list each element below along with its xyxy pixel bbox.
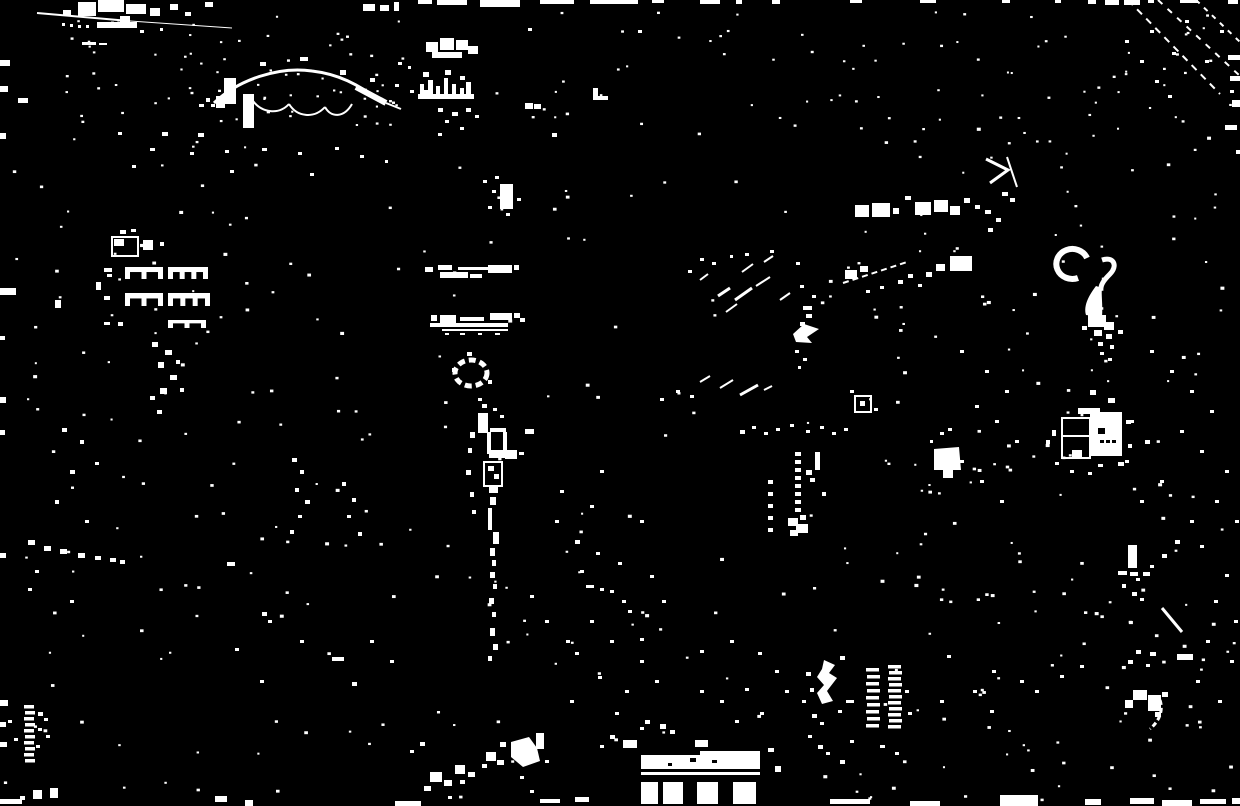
feature-mid-left-specks — [227, 458, 394, 686]
feature-topright-diagonal-tracks — [1125, 0, 1240, 154]
feature-left-edge-marks — [0, 60, 61, 747]
feature-waterslide-question-mark — [1056, 249, 1123, 361]
feature-ladder-columns — [8, 665, 912, 800]
feature-top-edge-dashes — [418, 0, 1238, 7]
feature-upper-mid-specks — [118, 62, 411, 176]
feature-roundabout-ring — [452, 352, 492, 386]
feature-chair-blob — [930, 428, 961, 478]
feature-jagged-blob — [802, 656, 854, 764]
feature-skyline-band — [418, 28, 642, 216]
feature-center-diagonal-streaks — [660, 250, 819, 401]
feature-speckle-noise — [2, 11, 1235, 801]
feature-stadium-building — [600, 724, 781, 804]
feature-overpass-arc — [199, 57, 414, 128]
feature-tilted-roof-blobs — [410, 733, 549, 799]
feature-floors-building — [425, 265, 525, 335]
feature-plaza-square — [112, 229, 164, 256]
feature-left-dot-column — [150, 342, 184, 414]
photo-canvas — [0, 0, 1240, 806]
feature-right-mid-sparse — [940, 350, 1239, 713]
feature-bottom-edge-dashes — [0, 795, 1240, 806]
feature-center-bottom-sparse — [570, 570, 789, 724]
feature-house-rows — [96, 267, 210, 328]
binarized-aerial-photo — [0, 0, 1240, 806]
feature-right-light-clusters — [843, 192, 1015, 293]
feature-right-building-complex — [1046, 390, 1132, 475]
feature-court-square — [850, 390, 878, 412]
feature-topleft-light-cluster — [0, 0, 399, 139]
feature-midright-dotted-columns — [740, 424, 848, 536]
feature-arrow-mark — [986, 157, 1017, 187]
feature-left-sparse-marks — [28, 428, 125, 603]
feature-bottomright-cluster — [1118, 520, 1238, 729]
